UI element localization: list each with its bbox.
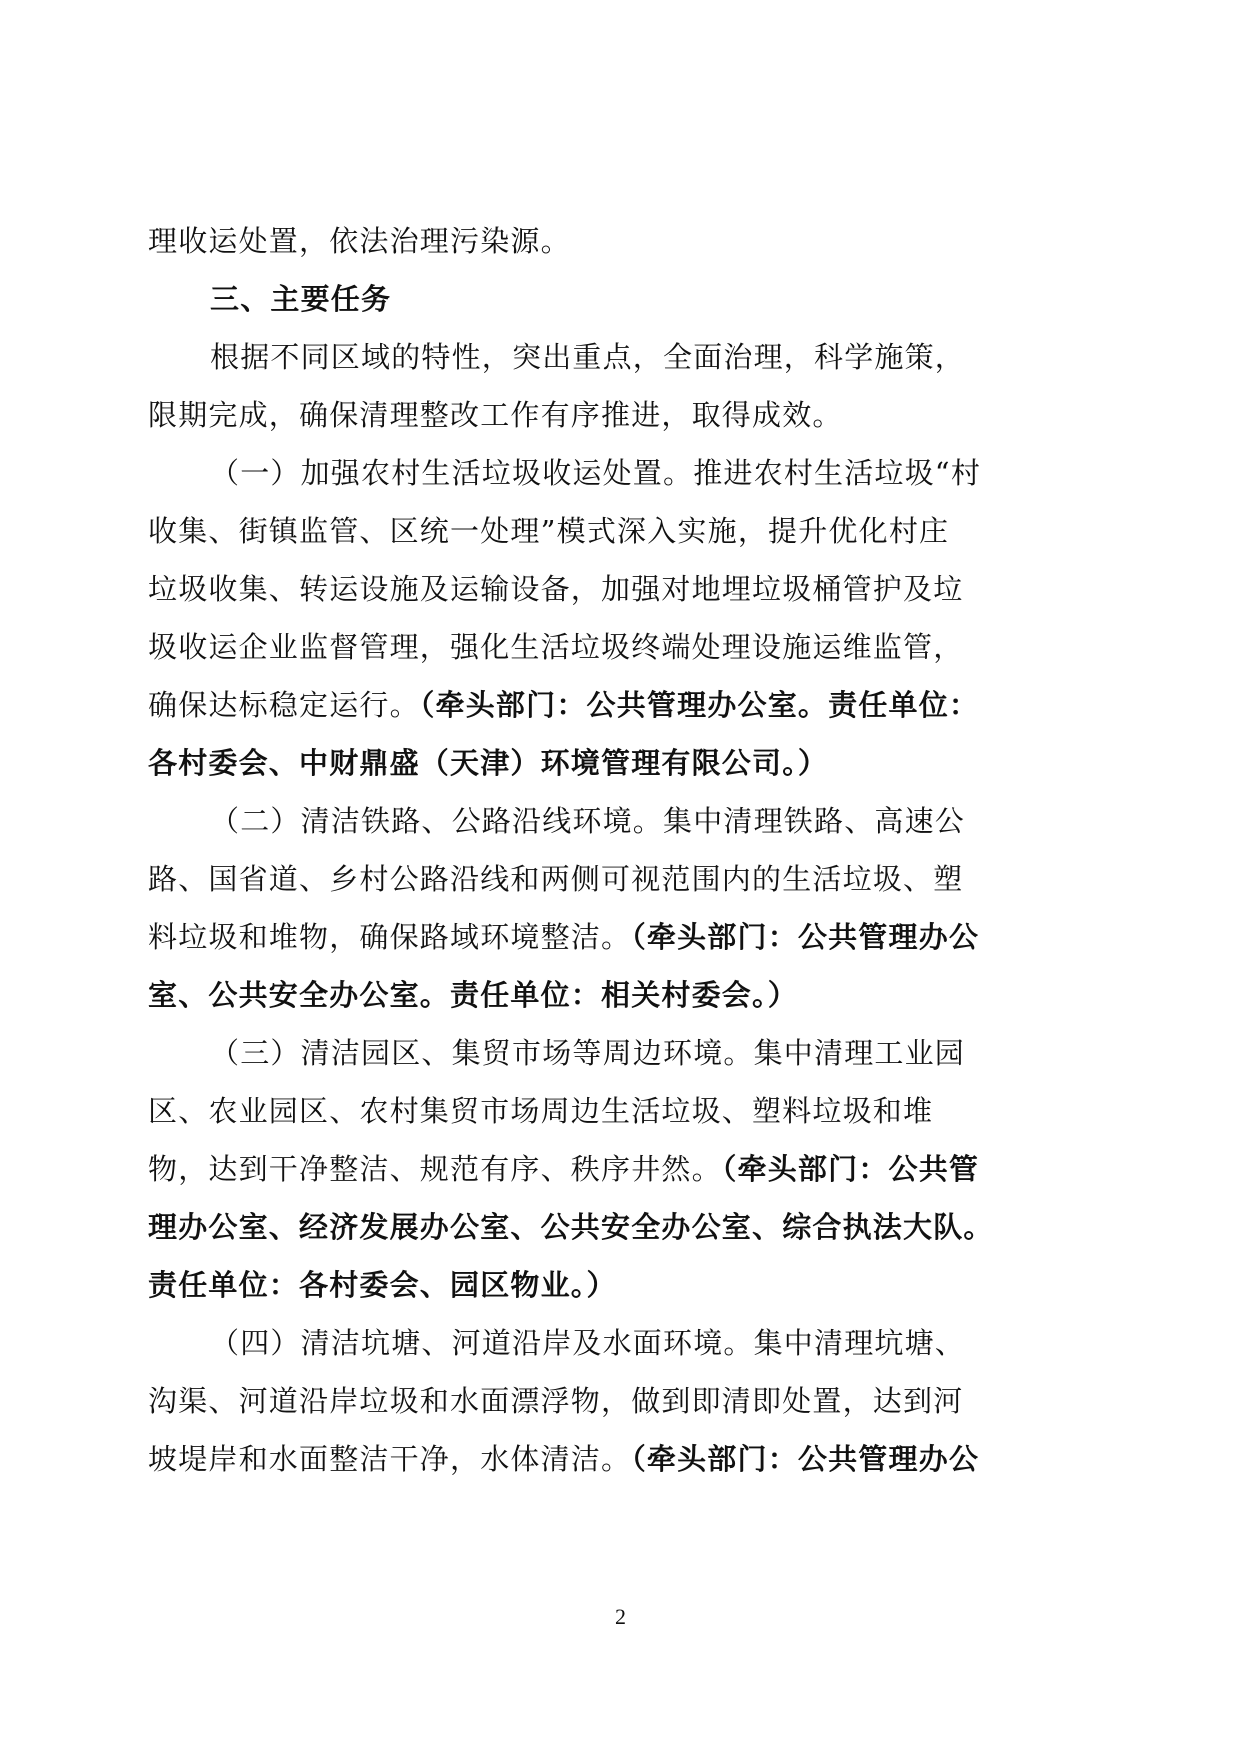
section-heading: 三、主要任务 [148, 270, 1093, 328]
paragraph-line: 限期完成，确保清理整改工作有序推进，取得成效。 [148, 386, 1093, 444]
document-page: 理收运处置，依法治理污染源。 三、主要任务 根据不同区域的特性，突出重点，全面治… [0, 0, 1241, 1754]
task-1-line: 确保达标稳定运行。（牵头部门：公共管理办公室。责任单位： [148, 676, 1093, 734]
task-1-line: （一）加强农村生活垃圾收运处置。推进农村生活垃圾“村 [148, 444, 1093, 502]
responsibility-text: 责任单位：各村委会、园区物业。） [148, 1268, 617, 1302]
paragraph-line: 理收运处置，依法治理污染源。 [148, 212, 1093, 270]
task-4-line: 沟渠、河道沿岸垃圾和水面漂浮物，做到即清即处置，达到河 [148, 1372, 1093, 1430]
task-3-line: 理办公室、经济发展办公室、公共安全办公室、综合执法大队。 [148, 1198, 1093, 1256]
task-4-line: （四）清洁坑塘、河道沿岸及水面环境。集中清理坑塘、 [148, 1314, 1093, 1372]
responsibility-text: （牵头部门：公共管理办公 [631, 920, 979, 954]
task-2-line: （二）清洁铁路、公路沿线环境。集中清理铁路、高速公 [148, 792, 1093, 850]
task-1-line: 各村委会、中财鼎盛（天津）环境管理有限公司。） [148, 734, 1093, 792]
task-4-line: 坡堤岸和水面整洁干净，水体清洁。（牵头部门：公共管理办公 [148, 1430, 1093, 1488]
responsibility-text: 各村委会、中财鼎盛（天津）环境管理有限公司。） [148, 746, 828, 780]
task-2-line: 料垃圾和堆物，确保路域环境整洁。（牵头部门：公共管理办公 [148, 908, 1093, 966]
task-3-line: 物，达到干净整洁、规范有序、秩序井然。（牵头部门：公共管 [148, 1140, 1093, 1198]
task-3-line: 责任单位：各村委会、园区物业。） [148, 1256, 1093, 1314]
paragraph-line: 根据不同区域的特性，突出重点，全面治理，科学施策， [148, 328, 1093, 386]
task-2-line: 室、公共安全办公室。责任单位：相关村委会。） [148, 966, 1093, 1024]
responsibility-text: 室、公共安全办公室。责任单位：相关村委会。） [148, 978, 798, 1012]
page-number: 2 [0, 1604, 1241, 1630]
task-3-line: 区、农业园区、农村集贸市场周边生活垃圾、塑料垃圾和堆 [148, 1082, 1093, 1140]
task-2-line: 路、国省道、乡村公路沿线和两侧可视范围内的生活垃圾、塑 [148, 850, 1093, 908]
task-3-line: （三）清洁园区、集贸市场等周边环境。集中清理工业园 [148, 1024, 1093, 1082]
task-1-line: 收集、街镇监管、区统一处理”模式深入实施，提升优化村庄 [148, 502, 1093, 560]
responsibility-text: （牵头部门：公共管 [722, 1152, 979, 1186]
body-text: 理收运处置，依法治理污染源。 三、主要任务 根据不同区域的特性，突出重点，全面治… [148, 212, 1093, 1488]
responsibility-text: 理办公室、经济发展办公室、公共安全办公室、综合执法大队。 [148, 1210, 994, 1244]
task-1-line: 圾收运企业监督管理，强化生活垃圾终端处理设施运维监管， [148, 618, 1093, 676]
task-1-line: 垃圾收集、转运设施及运输设备，加强对地埋垃圾桶管护及垃 [148, 560, 1093, 618]
responsibility-text: （牵头部门：公共管理办公室。责任单位： [420, 688, 979, 722]
responsibility-text: （牵头部门：公共管理办公 [631, 1442, 979, 1476]
